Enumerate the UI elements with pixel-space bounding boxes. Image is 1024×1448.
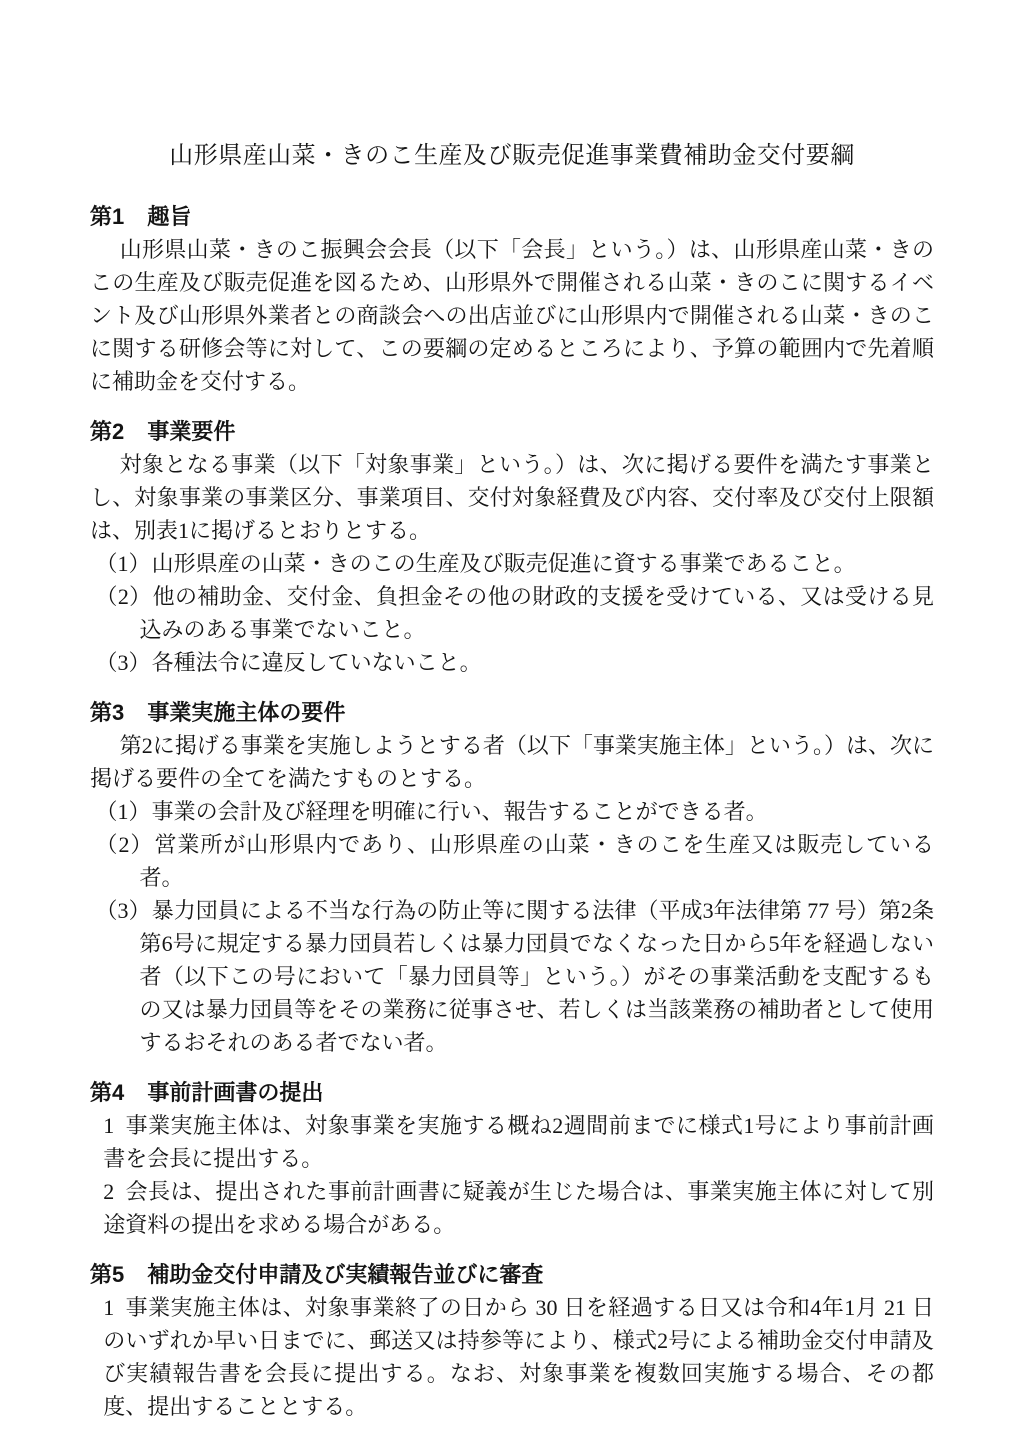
paragraph-text: 事業実施主体は、対象事業を実施する概ね2週間前までに様式1号により事前計画書を会… [103,1113,934,1171]
section-1: 第1趣旨 山形県山菜・きのこ振興会会長（以下「会長」という。）は、山形県産山菜・… [90,200,934,398]
item-marker: （3） [96,898,151,923]
paragraph-number: 1 [103,1113,114,1138]
section-5: 第5補助金交付申請及び実績報告並びに審査 1事業実施主体は、対象事業終了の日から… [90,1258,934,1423]
item-text: 暴力団員による不当な行為の防止等に関する法律（平成3年法律第 77 号）第2条第… [140,898,935,1055]
section-5-heading: 第5補助金交付申請及び実績報告並びに審査 [90,1258,934,1291]
section-5-numbered-paragraph-1: 1事業実施主体は、対象事業終了の日から 30 日を経過する日又は令和4年1月 2… [103,1291,934,1423]
section-2-item-3: （3）各種法令に違反していないこと。 [96,646,935,679]
section-2-number: 第2 [90,419,124,444]
section-3-item-2: （2）営業所が山形県内であり、山形県産の山菜・きのこを生産又は販売している者。 [96,828,935,894]
section-3-paragraph: 第2に掲げる事業を実施しようとする者（以下「事業実施主体」という。）は、次に掲げ… [90,729,934,795]
item-marker: （1） [96,551,151,576]
section-4-heading: 第4事前計画書の提出 [90,1076,934,1109]
section-3-number: 第3 [90,700,124,725]
item-marker: （3） [96,650,151,675]
item-marker: （2） [96,832,154,857]
section-3-item-1: （1）事業の会計及び経理を明確に行い、報告することができる者。 [96,795,935,828]
section-2-item-1: （1）山形県産の山菜・きのこの生産及び販売促進に資する事業であること。 [96,547,935,580]
document-page: 山形県産山菜・きのこ生産及び販売促進事業費補助金交付要綱 第1趣旨 山形県山菜・… [0,0,1024,1448]
paragraph-number: 1 [103,1295,114,1320]
section-4-number: 第4 [90,1080,124,1105]
item-text: 事業の会計及び経理を明確に行い、報告することができる者。 [152,799,768,824]
item-text: 営業所が山形県内であり、山形県産の山菜・きのこを生産又は販売している者。 [140,832,934,890]
section-3-heading: 第3事業実施主体の要件 [90,696,934,729]
section-3-title: 事業実施主体の要件 [147,700,345,725]
section-1-number: 第1 [90,204,124,229]
item-text: 各種法令に違反していないこと。 [152,650,482,675]
paragraph-text: 事業実施主体は、対象事業終了の日から 30 日を経過する日又は令和4年1月 21… [103,1295,934,1419]
section-5-number: 第5 [90,1262,124,1287]
section-2-item-2: （2）他の補助金、交付金、負担金その他の財政的支援を受けている、又は受ける見込み… [96,580,935,646]
section-1-heading: 第1趣旨 [90,200,934,233]
item-text: 他の補助金、交付金、負担金その他の財政的支援を受けている、又は受ける見込みのある… [140,584,934,642]
section-2-paragraph: 対象となる事業（以下「対象事業」という。）は、次に掲げる要件を満たす事業とし、対… [90,448,934,547]
section-4-numbered-paragraph-2: 2会長は、提出された事前計画書に疑義が生じた場合は、事業実施主体に対して別途資料… [103,1175,934,1241]
section-4-numbered-paragraph-1: 1事業実施主体は、対象事業を実施する概ね2週間前までに様式1号により事前計画書を… [103,1109,934,1175]
section-2: 第2事業要件 対象となる事業（以下「対象事業」という。）は、次に掲げる要件を満た… [90,415,934,679]
section-1-title: 趣旨 [147,204,191,229]
section-2-title: 事業要件 [147,419,235,444]
document-title: 山形県産山菜・きのこ生産及び販売促進事業費補助金交付要綱 [90,138,934,174]
section-3-item-3: （3）暴力団員による不当な行為の防止等に関する法律（平成3年法律第 77 号）第… [96,894,935,1059]
item-marker: （2） [96,584,152,609]
section-5-title: 補助金交付申請及び実績報告並びに審査 [147,1262,543,1287]
section-3: 第3事業実施主体の要件 第2に掲げる事業を実施しようとする者（以下「事業実施主体… [90,696,934,1059]
item-text: 山形県産の山菜・きのこの生産及び販売促進に資する事業であること。 [152,551,856,576]
section-4-title: 事前計画書の提出 [147,1080,323,1105]
paragraph-text: 会長は、提出された事前計画書に疑義が生じた場合は、事業実施主体に対して別途資料の… [103,1179,934,1237]
paragraph-number: 2 [103,1179,114,1204]
section-4: 第4事前計画書の提出 1事業実施主体は、対象事業を実施する概ね2週間前までに様式… [90,1076,934,1241]
section-1-paragraph: 山形県山菜・きのこ振興会会長（以下「会長」という。）は、山形県産山菜・きのこの生… [90,233,934,398]
section-2-heading: 第2事業要件 [90,415,934,448]
item-marker: （1） [96,799,151,824]
